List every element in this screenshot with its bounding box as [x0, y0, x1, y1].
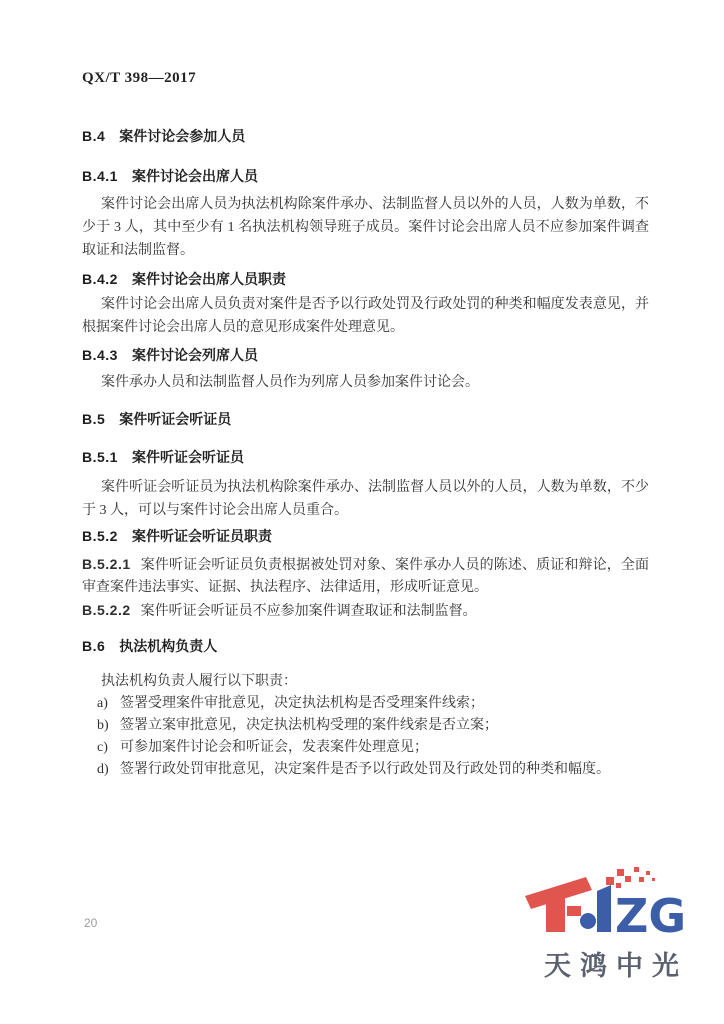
heading-title: 案件听证会听证员 [132, 449, 244, 465]
heading-b5-1: B.5.1案件听证会听证员 [82, 446, 649, 469]
heading-b4-2: B.4.2案件讨论会出席人员职责 [82, 268, 649, 291]
heading-number: B.4.3 [82, 347, 118, 363]
paragraph-b4-2: 案件讨论会出席人员负责对案件是否予以行政处罚及行政处罚的种类和幅度发表意见，并根… [82, 293, 649, 339]
heading-number: B.5.2 [82, 528, 118, 544]
clause-text: 案件听证会听证员负责根据被处罚对象、案件承办人员的陈述、质证和辩论，全面审查案件… [82, 558, 649, 595]
heading-number: B.6 [82, 638, 105, 654]
list-marker: c) [97, 737, 120, 759]
list-item: d) 签署行政处罚审批意见，决定案件是否予以行政处罚及行政处罚的种类和幅度。 [82, 759, 649, 781]
heading-number: B.4 [82, 128, 105, 144]
heading-number: B.4.1 [82, 168, 118, 184]
heading-title: 案件听证会听证员 [119, 411, 231, 427]
logo-chinese-name: 天鸿中光 [520, 944, 704, 983]
publisher-logo: ZG 天鸿中光 [520, 864, 704, 976]
heading-b6: B.6执法机构负责人 [82, 635, 649, 658]
heading-title: 执法机构负责人 [119, 638, 217, 654]
list-text: 签署受理案件审批意见，决定执法机构是否受理案件线索； [120, 693, 649, 715]
list-marker: b) [97, 715, 120, 737]
clause-number: B.5.2.1 [82, 556, 131, 572]
heading-b5: B.5案件听证会听证员 [82, 408, 649, 431]
list-text: 签署立案审批意见，决定执法机构受理的案件线索是否立案； [120, 715, 649, 737]
standard-number-header: QX/T 398—2017 [82, 70, 649, 88]
heading-b5-2: B.5.2案件听证会听证员职责 [82, 525, 649, 548]
heading-title: 案件讨论会出席人员职责 [132, 271, 286, 287]
heading-title: 案件讨论会列席人员 [132, 347, 258, 363]
heading-number: B.5.1 [82, 449, 118, 465]
heading-b4-3: B.4.3案件讨论会列席人员 [82, 344, 649, 367]
list-item: a) 签署受理案件审批意见，决定执法机构是否受理案件线索； [82, 693, 649, 715]
list-item: c) 可参加案件讨论会和听证会，发表案件处理意见； [82, 737, 649, 759]
heading-title: 案件听证会听证员职责 [132, 528, 272, 544]
thzg-logo-icon: ZG [520, 864, 704, 942]
paragraph-b6-intro: 执法机构负责人履行以下职责： [82, 670, 649, 693]
page-number: 20 [84, 916, 97, 930]
document-page: QX/T 398—2017 B.4案件讨论会参加人员 B.4.1案件讨论会出席人… [0, 0, 724, 1024]
heading-b4-1: B.4.1案件讨论会出席人员 [82, 165, 649, 188]
paragraph-b4-3: 案件承办人员和法制监督人员作为列席人员参加案件讨论会。 [82, 371, 649, 394]
list-marker: a) [97, 693, 120, 715]
clause-number: B.5.2.2 [82, 602, 131, 618]
paragraph-b5-1: 案件听证会听证员为执法机构除案件承办、法制监督人员以外的人员，人数为单数，不少于… [82, 476, 649, 522]
heading-title: 案件讨论会出席人员 [132, 168, 258, 184]
heading-number: B.5 [82, 411, 105, 427]
list-item: b) 签署立案审批意见，决定执法机构受理的案件线索是否立案； [82, 715, 649, 737]
logo-latin-letters: ZG [615, 889, 686, 942]
page-content: QX/T 398—2017 B.4案件讨论会参加人员 B.4.1案件讨论会出席人… [82, 70, 649, 781]
heading-b4: B.4案件讨论会参加人员 [82, 125, 649, 148]
list-marker: d) [97, 759, 120, 781]
heading-title: 案件讨论会参加人员 [119, 128, 245, 144]
clause-b5-2-2: B.5.2.2案件听证会听证员不应参加案件调查取证和法制监督。 [82, 599, 649, 623]
heading-number: B.4.2 [82, 271, 118, 287]
list-text: 签署行政处罚审批意见，决定案件是否予以行政处罚及行政处罚的种类和幅度。 [120, 759, 649, 781]
clause-b5-2-1: B.5.2.1案件听证会听证员负责根据被处罚对象、案件承办人员的陈述、质证和辩论… [82, 553, 649, 599]
paragraph-b4-1: 案件讨论会出席人员为执法机构除案件承办、法制监督人员以外的人员，人数为单数，不少… [82, 193, 649, 262]
duty-list: a) 签署受理案件审批意见，决定执法机构是否受理案件线索； b) 签署立案审批意… [82, 693, 649, 781]
clause-text: 案件听证会听证员不应参加案件调查取证和法制监督。 [141, 604, 477, 619]
list-text: 可参加案件讨论会和听证会，发表案件处理意见； [120, 737, 649, 759]
